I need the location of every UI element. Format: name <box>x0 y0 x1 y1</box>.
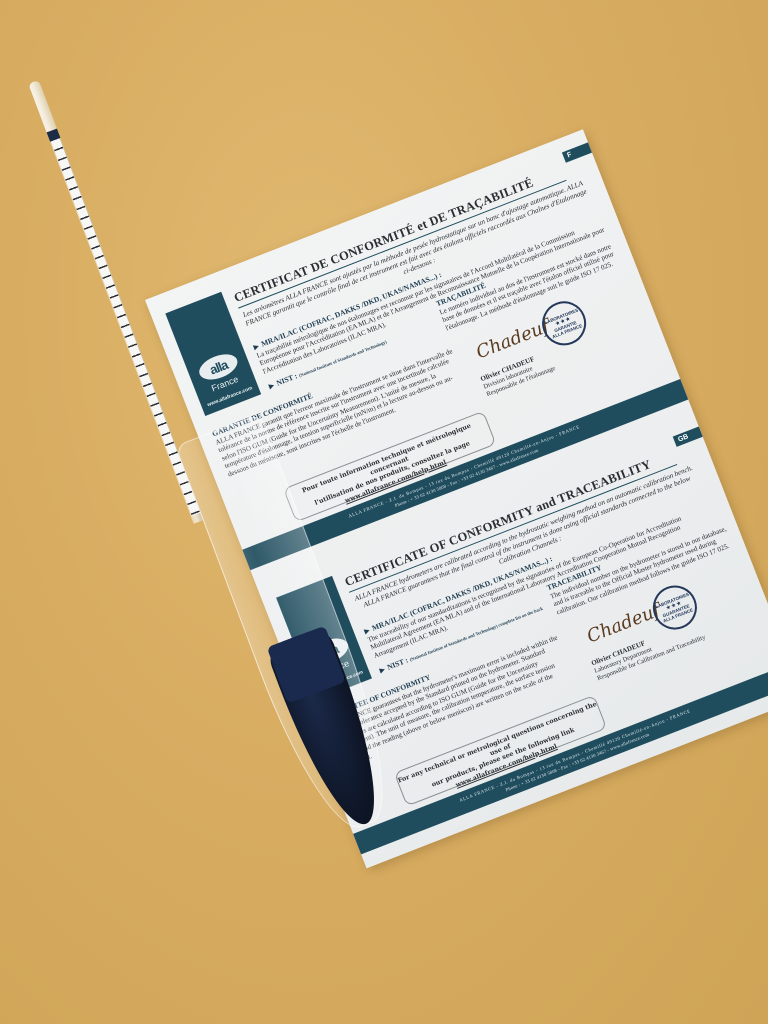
arrow-icon: ▶ <box>268 381 276 390</box>
nist-heading: NIST : <box>275 371 299 387</box>
ballast-seal <box>267 626 346 704</box>
laboratory-stamp: LABORATOIRES ★★★ GARANTIE ALLA FRANCE <box>536 295 593 352</box>
language-tag: GB <box>673 426 703 446</box>
stem-tip <box>28 80 57 133</box>
arrow-icon: ▶ <box>378 665 386 674</box>
language-tag: F <box>562 142 592 162</box>
photo-scene: alla France www.allafrance.com F CERTIFI… <box>0 0 768 1024</box>
nist-heading: NIST : <box>386 655 410 671</box>
